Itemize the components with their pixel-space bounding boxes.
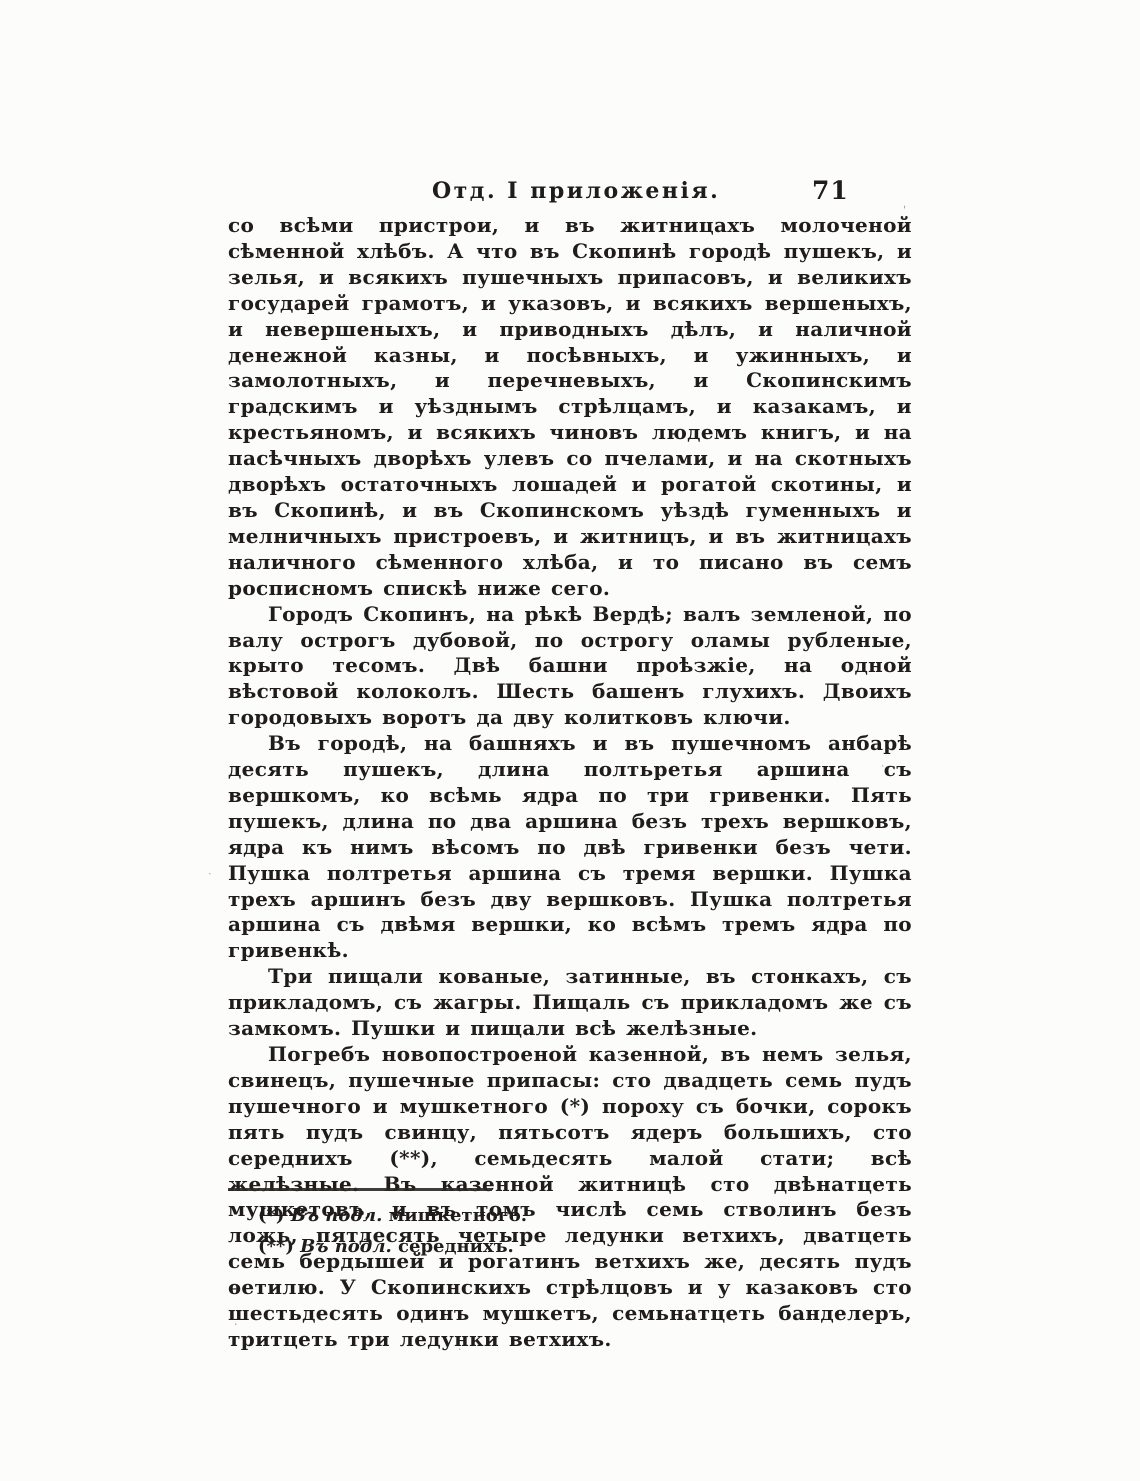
paragraph-pishchali: Три пищали кованые, затинные, въ стонках… (228, 964, 912, 1042)
footnote-marker: (*) (258, 1205, 284, 1226)
paragraph-city-description: Городъ Скопинъ, на рѣкѣ Вердѣ; валъ земл… (228, 602, 912, 732)
footnote-item: (*) Въ подл. мишкетного. (258, 1201, 878, 1232)
scanned-book-page: Отд. I приложенія. 71 со всѣми пристрои,… (0, 0, 1140, 1481)
paragraph-cannons: Въ городѣ, на башняхъ и въ пушечномъ анб… (228, 731, 912, 964)
scan-speck: · (234, 1318, 238, 1331)
footnote-source-label: Въ подл. (300, 1236, 392, 1257)
scan-speck: ʹ (903, 205, 906, 218)
footnote-source-label: Въ подл. (291, 1205, 383, 1226)
scan-speck: ˙ (880, 764, 886, 777)
paragraph-continuation: со всѣми пристрои, и въ житницахъ молоче… (228, 213, 912, 602)
footnote-divider (228, 1188, 492, 1191)
paragraph-cellar-inventory: Погребъ новопостроеной казенной, въ немъ… (228, 1042, 912, 1353)
footnote-marker: (**) (258, 1236, 294, 1257)
page-header: Отд. I приложенія. 71 (228, 176, 912, 208)
scan-speck: . (458, 1340, 462, 1353)
running-title: Отд. I приложенія. (432, 178, 720, 204)
body-text: со всѣми пристрои, и въ житницахъ молоче… (228, 213, 912, 1353)
footnote-text: середнихъ. (398, 1236, 514, 1257)
footnote-item: (**) Въ подл. середнихъ. (258, 1232, 878, 1263)
footnotes: (*) Въ подл. мишкетного. (**) Въ подл. с… (258, 1201, 878, 1262)
scan-speck: ˎ (208, 862, 212, 875)
page-number: 71 (812, 176, 849, 205)
footnote-text: мишкетного. (389, 1205, 527, 1226)
scan-speck: ʹ (770, 1158, 773, 1171)
